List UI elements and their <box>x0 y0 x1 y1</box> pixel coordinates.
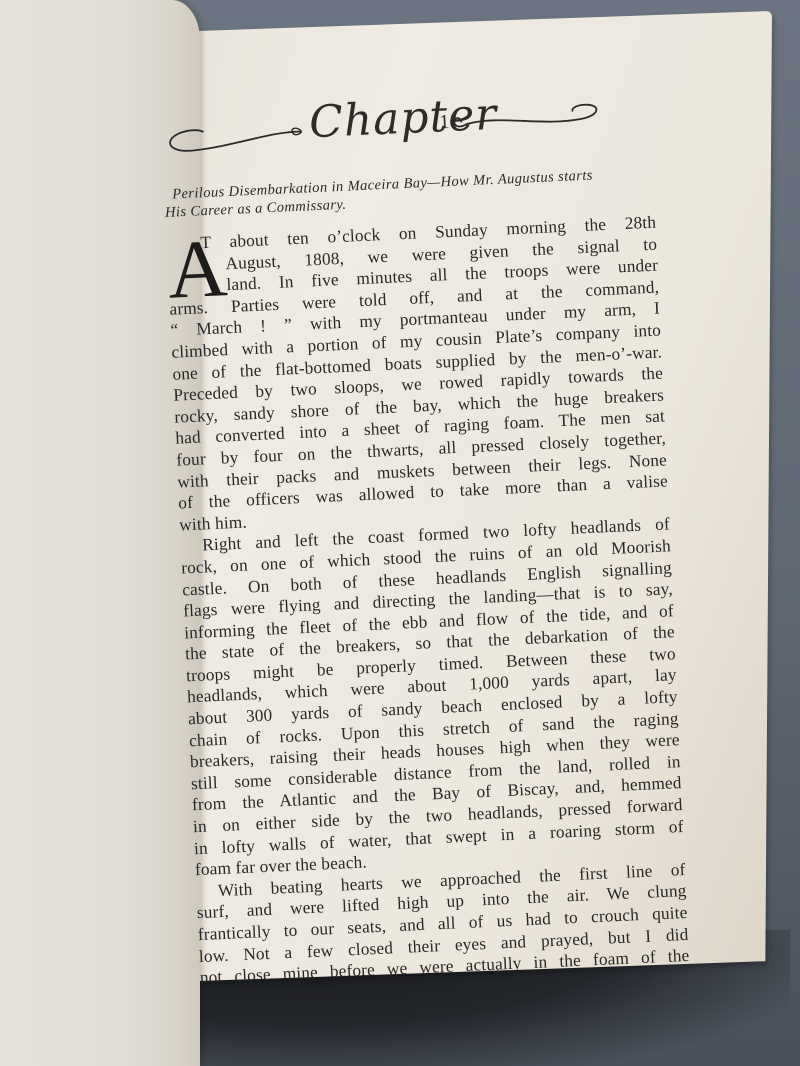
paragraph-3: With beating hearts we approached the fi… <box>195 859 689 989</box>
chapter-number: 1 <box>439 111 450 134</box>
paragraph-2: Right and left the coast formed two loft… <box>180 514 685 881</box>
drop-cap: A <box>166 233 228 306</box>
printed-text-block: Chapter 1 Perilous Disembarkation in Mac… <box>160 78 692 1035</box>
chapter-label: Chapter <box>308 89 498 148</box>
page-number: 1 <box>436 984 443 996</box>
paragraph-1: A T about ten o’clock on Sunday morning … <box>166 212 669 536</box>
photo-scene: Chapter 1 Perilous Disembarkation in Mac… <box>0 0 800 1066</box>
chapter-body: A T about ten o’clock on Sunday morning … <box>166 212 690 989</box>
signature-mark: B <box>643 970 650 980</box>
signature-initials: R.W. <box>224 1015 247 1026</box>
